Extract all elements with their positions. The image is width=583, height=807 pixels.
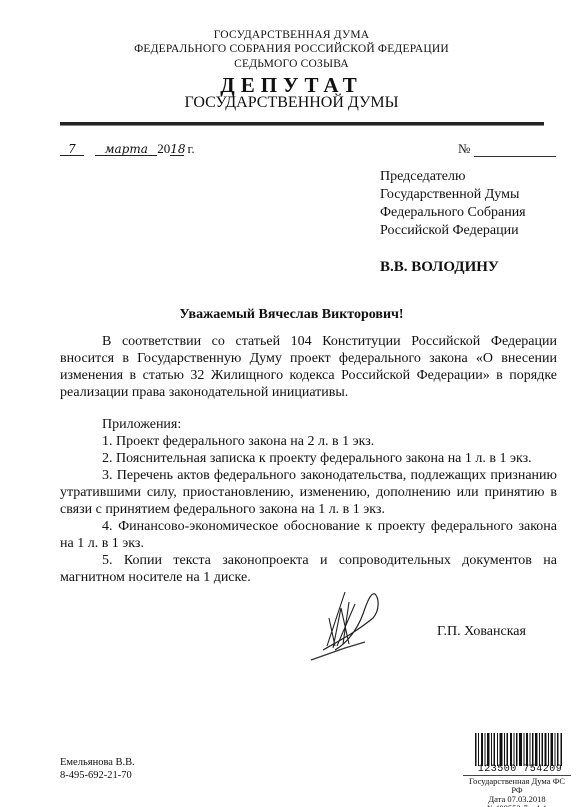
- date-suffix: г.: [188, 141, 195, 156]
- main-paragraph: В соответствии со статьей 104 Конституци…: [60, 333, 557, 401]
- date-day: 7: [60, 143, 84, 156]
- document-date: 7 марта2018 г.: [60, 141, 195, 157]
- executor-phone: 8-495-692-21-70: [60, 769, 135, 782]
- handwritten-signature-icon: [305, 588, 395, 663]
- addressee-block: Председателю Государственной Думы Федера…: [380, 168, 526, 240]
- attachments: Приложения: 1. Проект федерального закон…: [60, 416, 557, 586]
- attachments-title: Приложения:: [60, 416, 557, 433]
- addressee-line: Российской Федерации: [380, 222, 526, 240]
- attachment-item: 5. Копии текста законопроекта и сопровод…: [60, 552, 557, 586]
- addressee-name: В.В. ВОЛОДИНУ: [380, 259, 499, 276]
- signatory-name: Г.П. Хованская: [437, 624, 526, 640]
- letterhead-line-3: СЕДЬМОГО СОЗЫВА: [0, 58, 583, 70]
- attachment-item: 3. Перечень актов федерального законодат…: [60, 467, 557, 518]
- barcode-number: 123500 754209: [470, 764, 570, 775]
- registration-stamp: Государственная Дума ФС РФ Дата 07.03.20…: [463, 775, 571, 807]
- date-year-prefix: 20: [157, 141, 170, 156]
- addressee-line: Федерального Собрания: [380, 204, 526, 222]
- letter-body: В соответствии со статьей 104 Конституци…: [60, 333, 557, 401]
- attachment-item: 4. Финансово-экономическое обоснование к…: [60, 518, 557, 552]
- executor-name: Емельянова В.В.: [60, 756, 135, 769]
- number-field: [474, 145, 556, 157]
- executor-block: Емельянова В.В. 8-495-692-21-70: [60, 756, 135, 782]
- addressee-line: Председателю: [380, 168, 526, 186]
- addressee-line: Государственной Думы: [380, 186, 526, 204]
- letterhead-line-2: ФЕДЕРАЛЬНОГО СОБРАНИЯ РОССИЙСКОЙ ФЕДЕРАЦ…: [0, 43, 583, 55]
- letterhead-rule: [60, 122, 544, 126]
- number-label: №: [458, 141, 470, 156]
- letterhead-line-1: ГОСУДАРСТВЕННАЯ ДУМА: [0, 29, 583, 41]
- attachment-item: 1. Проект федерального закона на 2 л. в …: [60, 433, 557, 450]
- stamp-org: Государственная Дума ФС РФ: [463, 777, 571, 795]
- date-year-suffix: 18: [170, 143, 184, 156]
- date-month: марта: [95, 143, 157, 156]
- document-number: №: [458, 141, 556, 157]
- letterhead-subtitle: ГОСУДАРСТВЕННОЙ ДУМЫ: [0, 94, 583, 112]
- greeting: Уважаемый Вячеслав Викторович!: [0, 307, 583, 323]
- attachment-item: 2. Пояснительная записка к проекту федер…: [60, 450, 557, 467]
- barcode-icon: [475, 733, 563, 766]
